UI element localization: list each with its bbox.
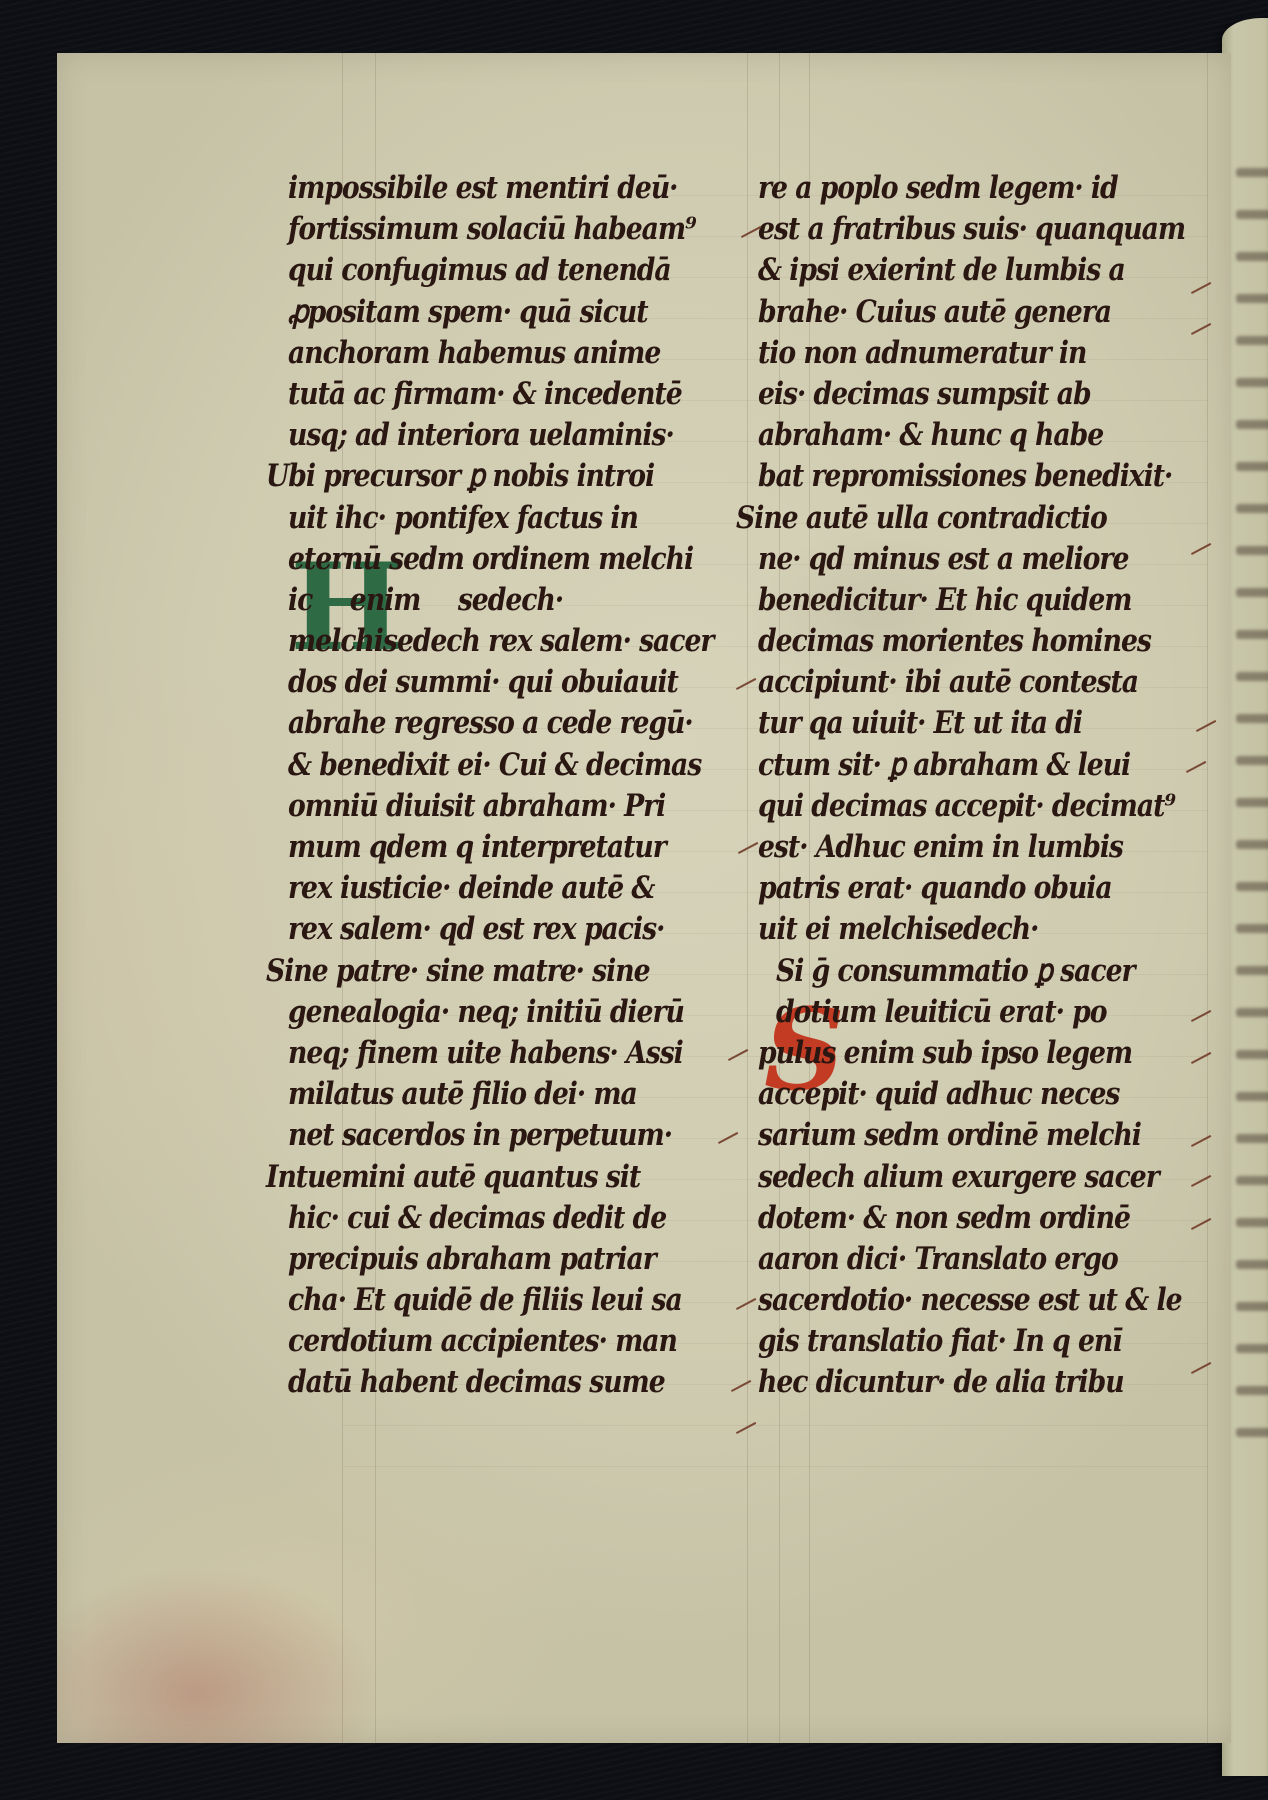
ruling-line xyxy=(342,1425,1208,1426)
text-line: benedicitur· Et hic quidem xyxy=(758,580,1154,621)
ghost-text-line xyxy=(1236,1302,1268,1311)
text-line: Intuemini autē quantus sit xyxy=(266,1157,681,1198)
ghost-text-line xyxy=(1236,336,1268,345)
text-line: Ubi precursor ꝑ nobis introi xyxy=(266,456,681,497)
text-line: fortissimum solaciū habeam⁹ xyxy=(288,209,684,250)
ghost-text-line xyxy=(1236,168,1268,177)
text-line: dotem· & non sedm ordinē xyxy=(758,1198,1154,1239)
ghost-text-line xyxy=(1236,210,1268,219)
ghost-text-line xyxy=(1236,798,1268,807)
text-line: cerdotium accipientes· man xyxy=(288,1321,684,1362)
ghost-text-line xyxy=(1236,1260,1268,1269)
text-line: impossibile est mentiri deū· xyxy=(288,168,684,209)
text-line: omniū diuisit abraham· Pri xyxy=(288,786,684,827)
ghost-text-line xyxy=(1236,756,1268,765)
text-line: dos dei summi· qui obuiauit xyxy=(288,662,684,703)
text-line: rex iusticie· deinde autē & xyxy=(288,868,684,909)
ghost-text-line xyxy=(1236,630,1268,639)
text-line: melchisedech rex salem· sacer xyxy=(288,621,684,662)
text-line: sedech alium exurgere sacer xyxy=(758,1157,1154,1198)
ghost-text-line xyxy=(1236,1428,1268,1437)
text-line: datū habent decimas sume xyxy=(288,1362,684,1403)
ghost-text-line xyxy=(1236,1092,1268,1101)
text-line: qui confugimus ad tenendā xyxy=(288,250,684,291)
text-line: est· Adhuc enim in lumbis xyxy=(758,827,1154,868)
text-line: hec dicuntur· de alia tribu xyxy=(758,1362,1154,1403)
ghost-text-line xyxy=(1236,672,1268,681)
ghost-text-line xyxy=(1236,924,1268,933)
text-line: qui decimas accepit· decimat⁹ xyxy=(758,786,1154,827)
text-column-left: impossibile est mentiri deū· fortissimum… xyxy=(288,168,748,1404)
text-line: rex salem· qd est rex pacis· xyxy=(288,909,684,950)
text-line: ꝓpositam spem· quā sicut xyxy=(288,292,684,333)
text-line: tutā ac firmam· & incedentē xyxy=(288,374,684,415)
ghost-text-line xyxy=(1236,462,1268,471)
text-line: dotium leuiticū erat· po xyxy=(776,992,1156,1033)
text-line: brahe· Cuius autē genera xyxy=(758,292,1154,333)
text-line: cha· Et quidē de filiis leui sa xyxy=(288,1280,684,1321)
text-line: mum qdem q interpretatur xyxy=(288,827,684,868)
ghost-text-line xyxy=(1236,252,1268,261)
text-line: bat repromissiones benedixit· xyxy=(758,456,1154,497)
ghost-text-line xyxy=(1236,588,1268,597)
text-line: precipuis abraham patriar xyxy=(288,1239,684,1280)
text-line: neq; finem uite habens· Assi xyxy=(288,1033,684,1074)
text-line: sarium sedm ordinē melchi xyxy=(758,1115,1154,1156)
text-line: abrahe regresso a cede regū· xyxy=(288,703,684,744)
ruling-line xyxy=(342,1466,1208,1467)
text-line: tio non adnumeratur in xyxy=(758,333,1154,374)
text-line: genealogia· neq; initiū dierū xyxy=(288,992,684,1033)
ghost-text-line xyxy=(1236,882,1268,891)
text-line: ic enim sedech· xyxy=(288,580,684,621)
text-line: est a fratribus suis· quanquam xyxy=(758,209,1154,250)
text-line: Sine autē ulla contradictio xyxy=(736,498,1151,539)
ghost-text-line xyxy=(1236,1344,1268,1353)
text-line: ne· qd minus est a meliore xyxy=(758,539,1154,580)
ghost-text-line xyxy=(1236,840,1268,849)
text-line: & benedixit ei· Cui & decimas xyxy=(288,745,684,786)
text-line: anchoram habemus anime xyxy=(288,333,684,374)
text-line: ctum sit· ꝑ abraham & leui xyxy=(758,745,1154,786)
text-line: patris erat· quando obuia xyxy=(758,868,1154,909)
text-line: sacerdotio· necesse est ut & le xyxy=(758,1280,1154,1321)
text-line: aaron dici· Translato ergo xyxy=(758,1239,1154,1280)
ghost-text-line xyxy=(1236,504,1268,513)
ghost-text-line xyxy=(1236,1176,1268,1185)
text-line: decimas morientes homines xyxy=(758,621,1154,662)
text-line: usq; ad interiora uelaminis· xyxy=(288,415,684,456)
ghost-text-line xyxy=(1236,294,1268,303)
text-line: Sine patre· sine matre· sine xyxy=(266,951,681,992)
text-line: abraham· & hunc q habe xyxy=(758,415,1154,456)
text-line: Si ḡ consummatio ꝑ sacer xyxy=(776,951,1156,992)
text-line: gis translatio fiat· In q enī xyxy=(758,1321,1154,1362)
ghost-text-line xyxy=(1236,1218,1268,1227)
ghost-text-line xyxy=(1236,1386,1268,1395)
text-line: accipiunt· ibi autē contesta xyxy=(758,662,1154,703)
text-line: milatus autē filio dei· ma xyxy=(288,1074,684,1115)
text-line: eis· decimas sumpsit ab xyxy=(758,374,1154,415)
ghost-text-line xyxy=(1236,1008,1268,1017)
ghost-text-line xyxy=(1236,378,1268,387)
text-line: eternū sedm ordinem melchi xyxy=(288,539,684,580)
ghost-text-line xyxy=(1236,420,1268,429)
text-line: accepit· quid adhuc neces xyxy=(758,1074,1154,1115)
ghost-text-line xyxy=(1236,546,1268,555)
ghost-text-line xyxy=(1236,1134,1268,1143)
text-line: net sacerdos in perpetuum· xyxy=(288,1115,684,1156)
text-line: hic· cui & decimas dedit de xyxy=(288,1198,684,1239)
text-line: uit ihc· pontifex factus in xyxy=(288,498,684,539)
ghost-text-line xyxy=(1236,714,1268,723)
text-line: pulus enim sub ipso legem xyxy=(758,1033,1154,1074)
text-line: & ipsi exierint de lumbis a xyxy=(758,250,1154,291)
text-line: re a poplo sedm legem· id xyxy=(758,168,1154,209)
text-line: tur qa uiuit· Et ut ita di xyxy=(758,703,1154,744)
ghost-text-line xyxy=(1236,1050,1268,1059)
ghost-text-line xyxy=(1236,966,1268,975)
text-line: uit ei melchisedech· xyxy=(758,909,1154,950)
text-column-right: re a poplo sedm legem· id est a fratribu… xyxy=(758,168,1218,1404)
